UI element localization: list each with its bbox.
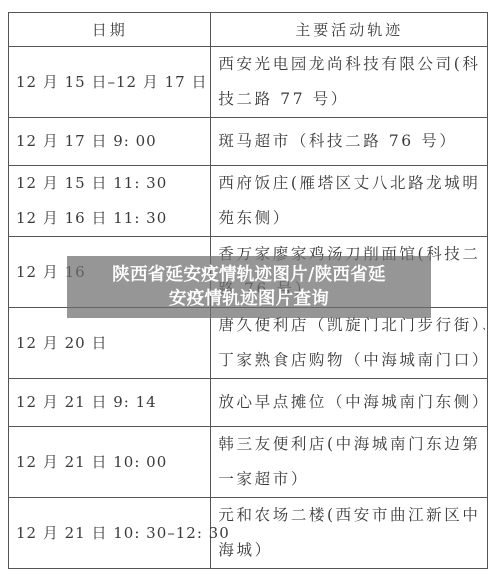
table-row: 12 月 21 日 10: 00 韩三友便利店(中海城南门东边第一家超市） (9, 427, 488, 498)
overlay-title-line-1: 陕西省延安疫情轨迹图片/陕西省延 (112, 263, 386, 287)
date-cell: 12 月 21 日 10: 00 (9, 427, 211, 498)
activity-cell: 斑马超市（科技二路 76 号） (211, 118, 488, 166)
date-cell: 12 月 17 日 9: 00 (9, 118, 211, 166)
activity-cell: 西安光电园龙尚科技有限公司(科技二路 77 号） (211, 47, 488, 118)
date-cell: 12 月 21 日 9: 14 (9, 379, 211, 427)
date-cell: 12 月 15 日–12 月 17 日 (9, 47, 211, 118)
table-header-row: 日期 主要活动轨迹 (9, 13, 488, 47)
date-cell: 12 月 15 日 11: 3012 月 16 日 11: 30 (9, 166, 211, 237)
table-row: 12 月 15 日 11: 3012 月 16 日 11: 30 西府饭庄(雁塔… (9, 166, 488, 237)
overlay-title-line-2: 安疫情轨迹图片查询 (169, 287, 329, 311)
activity-cell: 西府饭庄(雁塔区丈八北路龙城明苑东侧） (211, 166, 488, 237)
date-cell: 12 月 21 日 10: 30–12: 30 (9, 498, 211, 569)
title-overlay-banner: 陕西省延安疫情轨迹图片/陕西省延 安疫情轨迹图片查询 (67, 256, 431, 318)
activity-cell: 放心早点摊位（中海城南门东侧） (211, 379, 488, 427)
activity-cell: 韩三友便利店(中海城南门东边第一家超市） (211, 427, 488, 498)
activity-cell: 元和农场二楼(西安市曲江新区中海城） (211, 498, 488, 569)
activity-cell: 唐久便利店（凯旋门北门步行街）、丁家熟食店购物（中海城南门口） (211, 308, 488, 379)
date-cell: 12 月 20 日 (9, 308, 211, 379)
table-row: 12 月 20 日 唐久便利店（凯旋门北门步行街）、丁家熟食店购物（中海城南门口… (9, 308, 488, 379)
table-row: 12 月 21 日 10: 30–12: 30 元和农场二楼(西安市曲江新区中海… (9, 498, 488, 569)
header-activity: 主要活动轨迹 (211, 13, 488, 47)
header-date: 日期 (9, 13, 211, 47)
table-row: 12 月 15 日–12 月 17 日 西安光电园龙尚科技有限公司(科技二路 7… (9, 47, 488, 118)
table-row: 12 月 21 日 9: 14 放心早点摊位（中海城南门东侧） (9, 379, 488, 427)
table-row: 12 月 17 日 9: 00 斑马超市（科技二路 76 号） (9, 118, 488, 166)
